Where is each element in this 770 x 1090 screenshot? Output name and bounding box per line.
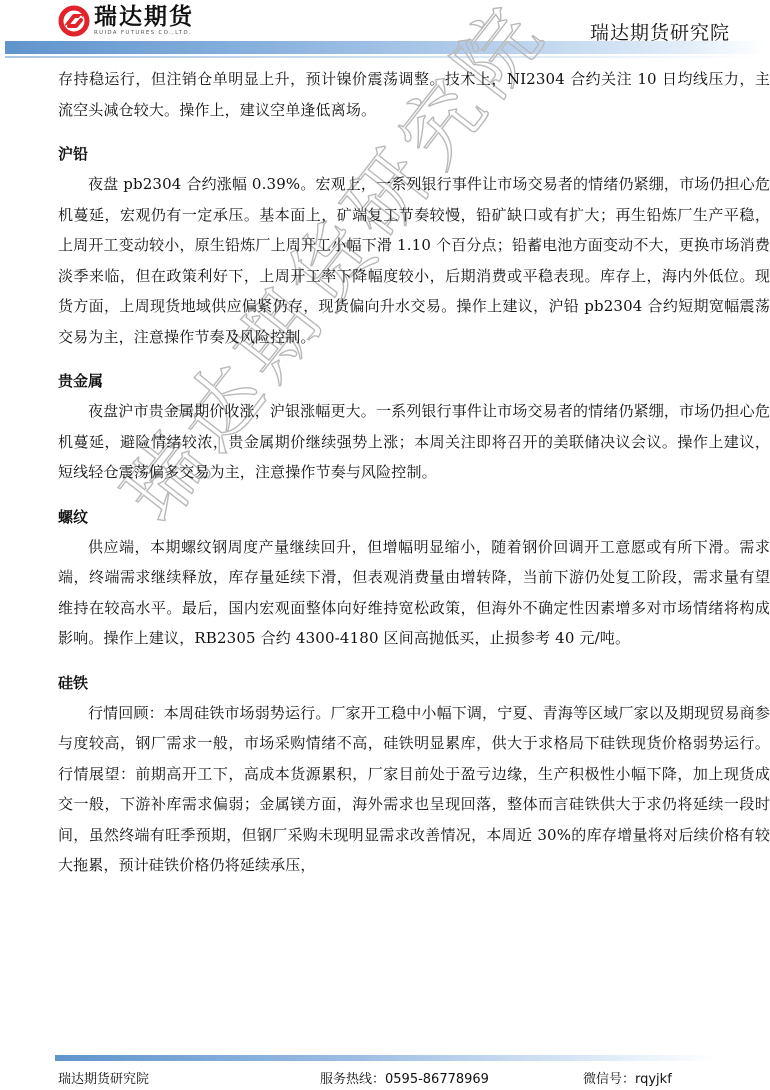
section-title-rebar: 螺纹 (58, 502, 770, 532)
section-title-lead: 沪铅 (58, 139, 770, 169)
logo-chinese-name: 瑞达期货 (94, 4, 194, 30)
footer-wechat: 微信号：rqyjkf (583, 1068, 672, 1087)
section-title-precious-metals: 贵金属 (58, 366, 770, 396)
section-rebar-paragraph: 供应端，本期螺纹钢周度产量继续回升，但增幅明显缩小，随着钢价回调开工意愿或有所下… (58, 532, 770, 654)
company-logo: 瑞达期货 RUIDA FUTURES CO.,LTD. (58, 4, 194, 37)
logo-english-name: RUIDA FUTURES CO.,LTD. (94, 30, 194, 37)
section-precious-metals-paragraph: 夜盘沪市贵金属期价收涨，沪银涨幅更大。一系列银行事件让市场交易者的情绪仍紧绷，市… (58, 396, 770, 488)
section-nickel-tail: 存持稳运行，但注销仓单明显上升，预计镍价震荡调整。技术上，NI2304 合约关注… (58, 64, 770, 125)
ruida-logo-icon (58, 5, 90, 37)
section-ferrosilicon-paragraph: 行情回顾：本周硅铁市场弱势运行。厂家开工稳中小幅下调，宁夏、青海等区域厂家以及期… (58, 698, 770, 881)
report-body: 存持稳运行，但注销仓单明显上升，预计镍价震荡调整。技术上，NI2304 合约关注… (58, 64, 770, 881)
footer-hotline: 服务热线：0595-86778969 (320, 1068, 489, 1087)
footer-divider-bar (55, 1055, 715, 1061)
section-lead-paragraph: 夜盘 pb2304 合约涨幅 0.39%。宏观上，一系列银行事件让市场交易者的情… (58, 169, 770, 352)
page-header: 瑞达期货 RUIDA FUTURES CO.,LTD. 瑞达期货研究院 (0, 0, 770, 62)
section-title-ferrosilicon: 硅铁 (58, 668, 770, 698)
footer-org-name: 瑞达期货研究院 (58, 1068, 149, 1087)
header-divider-bar (5, 41, 765, 54)
